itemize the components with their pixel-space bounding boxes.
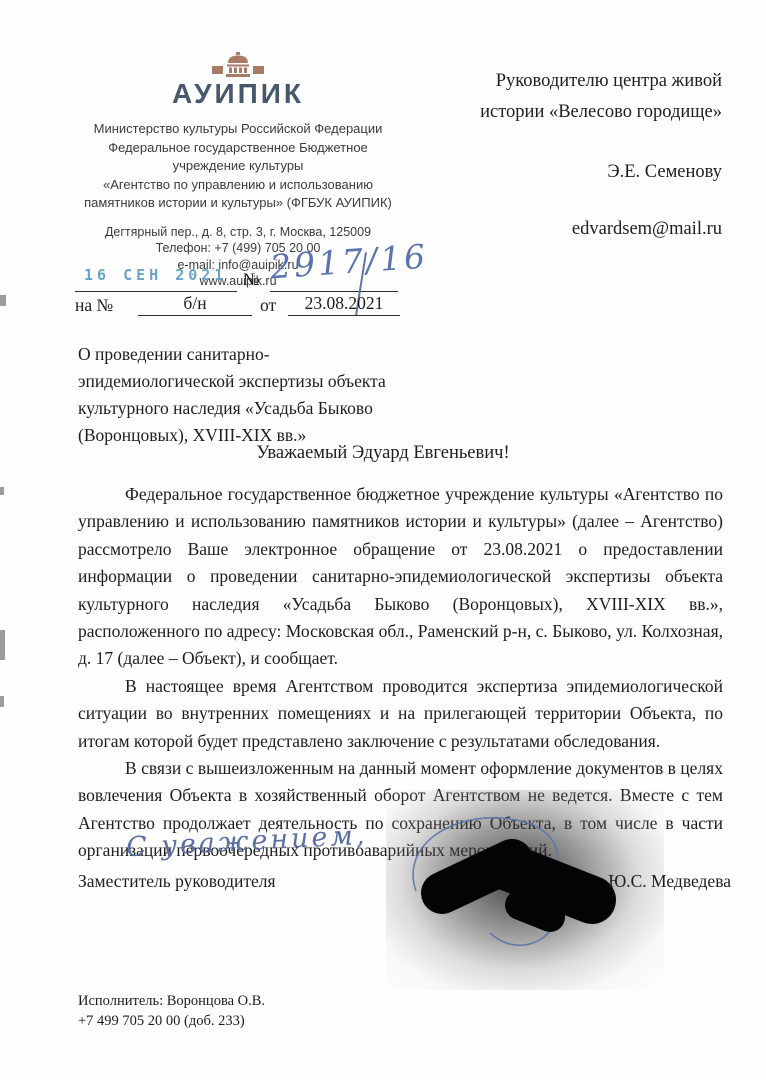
from-label: от: [260, 295, 276, 316]
executor-block: Исполнитель: Воронцова О.В. +7 499 705 2…: [78, 991, 265, 1031]
scan-artifact: [0, 295, 6, 306]
stamp-underline: [75, 262, 237, 292]
building-logo-icon: [209, 52, 267, 77]
salutation: Уважаемый Эдуард Евгеньевич!: [0, 443, 766, 464]
addressee-email: edvardsem@mail.ru: [412, 214, 722, 245]
signer-name: Ю.С. Медведева: [608, 871, 731, 892]
scan-artifact: [0, 696, 4, 707]
executor-phone: +7 499 705 20 00 (доб. 233): [78, 1011, 265, 1031]
subject-line: культурного наследия «Усадьба Быково: [78, 395, 438, 422]
org-line: учреждение культуры: [68, 157, 408, 176]
org-line: «Агентство по управлению и использованию: [68, 176, 408, 195]
org-name-block: Министерство культуры Российской Федерац…: [68, 120, 408, 213]
subject-line: эпидемиологической экспертизы объекта: [78, 368, 438, 395]
incoming-date-value: 23.08.2021: [288, 293, 400, 316]
addressee-title-line: Руководителю центра живой: [412, 66, 722, 97]
org-line: Министерство культуры Российской Федерац…: [68, 120, 408, 139]
org-line: памятников истории и культуры» (ФГБУК АУ…: [68, 194, 408, 213]
subject-block: О проведении санитарно- эпидемиологическ…: [78, 341, 438, 449]
subject-line: О проведении санитарно-: [78, 341, 438, 368]
body-paragraph: В настоящее время Агентством проводится …: [78, 673, 723, 755]
scan-artifact: [0, 630, 5, 660]
addressee-block: Руководителю центра живой истории «Велес…: [412, 66, 722, 245]
address-line: Дегтярный пер., д. 8, стр. 3, г. Москва,…: [68, 224, 408, 241]
body-paragraph: Федеральное государственное бюджетное уч…: [78, 481, 723, 673]
number-sign-label: №: [243, 269, 260, 290]
org-line: Федеральное государственное Бюджетное: [68, 139, 408, 158]
logo-text: АУИПИК: [68, 79, 408, 109]
incoming-number-label: на №: [75, 295, 113, 316]
incoming-number-value: б/н: [138, 293, 252, 316]
executor-name: Исполнитель: Воронцова О.В.: [78, 991, 265, 1011]
scan-artifact: [0, 487, 4, 495]
addressee-name: Э.Е. Семенову: [412, 157, 722, 188]
signer-position: Заместитель руководителя: [78, 871, 276, 892]
scanned-letter-page: АУИПИК Министерство культуры Российской …: [0, 0, 766, 1080]
addressee-title-line: истории «Велесово городище»: [412, 97, 722, 128]
